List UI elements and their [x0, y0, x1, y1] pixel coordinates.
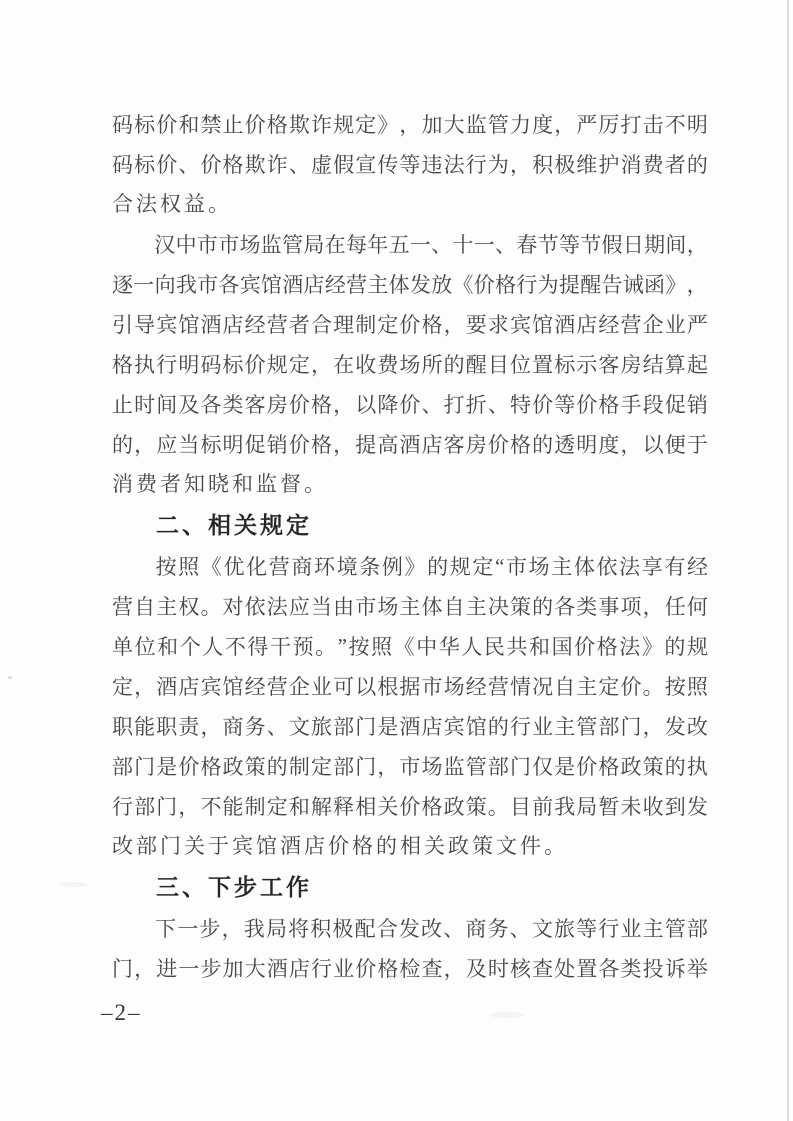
scan-artifact: [8, 676, 12, 679]
scan-artifact: [490, 1012, 524, 1018]
section-heading: 三、下步工作: [112, 866, 708, 908]
text-line: 门，进一步加大酒店行业价格检查，及时核查处置各类投诉举: [112, 948, 708, 988]
text-line: 职能职责，商务、文旅部门是酒店宾馆的行业主管部门，发改: [112, 706, 708, 746]
text-line: 格执行明码标价规定，在收费场所的醒目位置标示客房结算起: [112, 344, 708, 384]
text-line: 码标价、价格欺诈、虚假宣传等违法行为，积极维护消费者的: [112, 144, 708, 184]
text-line: 按照《优化营商环境条例》的规定“市场主体依法享有经: [112, 546, 708, 586]
text-line: 改部门关于宾馆酒店价格的相关政策文件。: [112, 826, 708, 866]
text-line: 下一步，我局将积极配合发改、商务、文旅等行业主管部: [112, 908, 708, 948]
text-line: 码标价和禁止价格欺诈规定》，加大监管力度，严厉打击不明: [112, 104, 708, 144]
text-line: 部门是价格政策的制定部门，市场监管部门仅是价格政策的执: [112, 746, 708, 786]
scan-artifact: [60, 882, 86, 887]
text-line: 消费者知晓和监督。: [112, 464, 708, 504]
document-text-block: 码标价和禁止价格欺诈规定》，加大监管力度，严厉打击不明码标价、价格欺诈、虚假宣传…: [112, 104, 708, 988]
text-line: 合法权益。: [112, 184, 708, 224]
text-line: 营自主权。对依法应当由市场主体自主决策的各类事项，任何: [112, 586, 708, 626]
scan-edge-shadow: [787, 0, 789, 1121]
text-line: 引导宾馆酒店经营者合理制定价格，要求宾馆酒店经营企业严: [112, 304, 708, 344]
text-line: 行部门，不能制定和解释相关价格政策。目前我局暂未收到发: [112, 786, 708, 826]
text-line: 单位和个人不得干预。”按照《中华人民共和国价格法》的规: [112, 626, 708, 666]
section-heading: 二、相关规定: [112, 504, 708, 546]
text-line: 止时间及各类客房价格，以降价、打折、特价等价格手段促销: [112, 384, 708, 424]
text-line: 汉中市市场监管局在每年五一、十一、春节等节假日期间，: [112, 224, 708, 264]
document-page: 码标价和禁止价格欺诈规定》，加大监管力度，严厉打击不明码标价、价格欺诈、虚假宣传…: [0, 0, 793, 1121]
text-line: 逐一向我市各宾馆酒店经营主体发放《价格行为提醒告诫函》，: [112, 264, 708, 304]
page-number: –2–: [101, 1000, 142, 1026]
text-line: 的，应当标明促销价格，提高酒店客房价格的透明度，以便于: [112, 424, 708, 464]
text-line: 定，酒店宾馆经营企业可以根据市场经营情况自主定价。按照: [112, 666, 708, 706]
